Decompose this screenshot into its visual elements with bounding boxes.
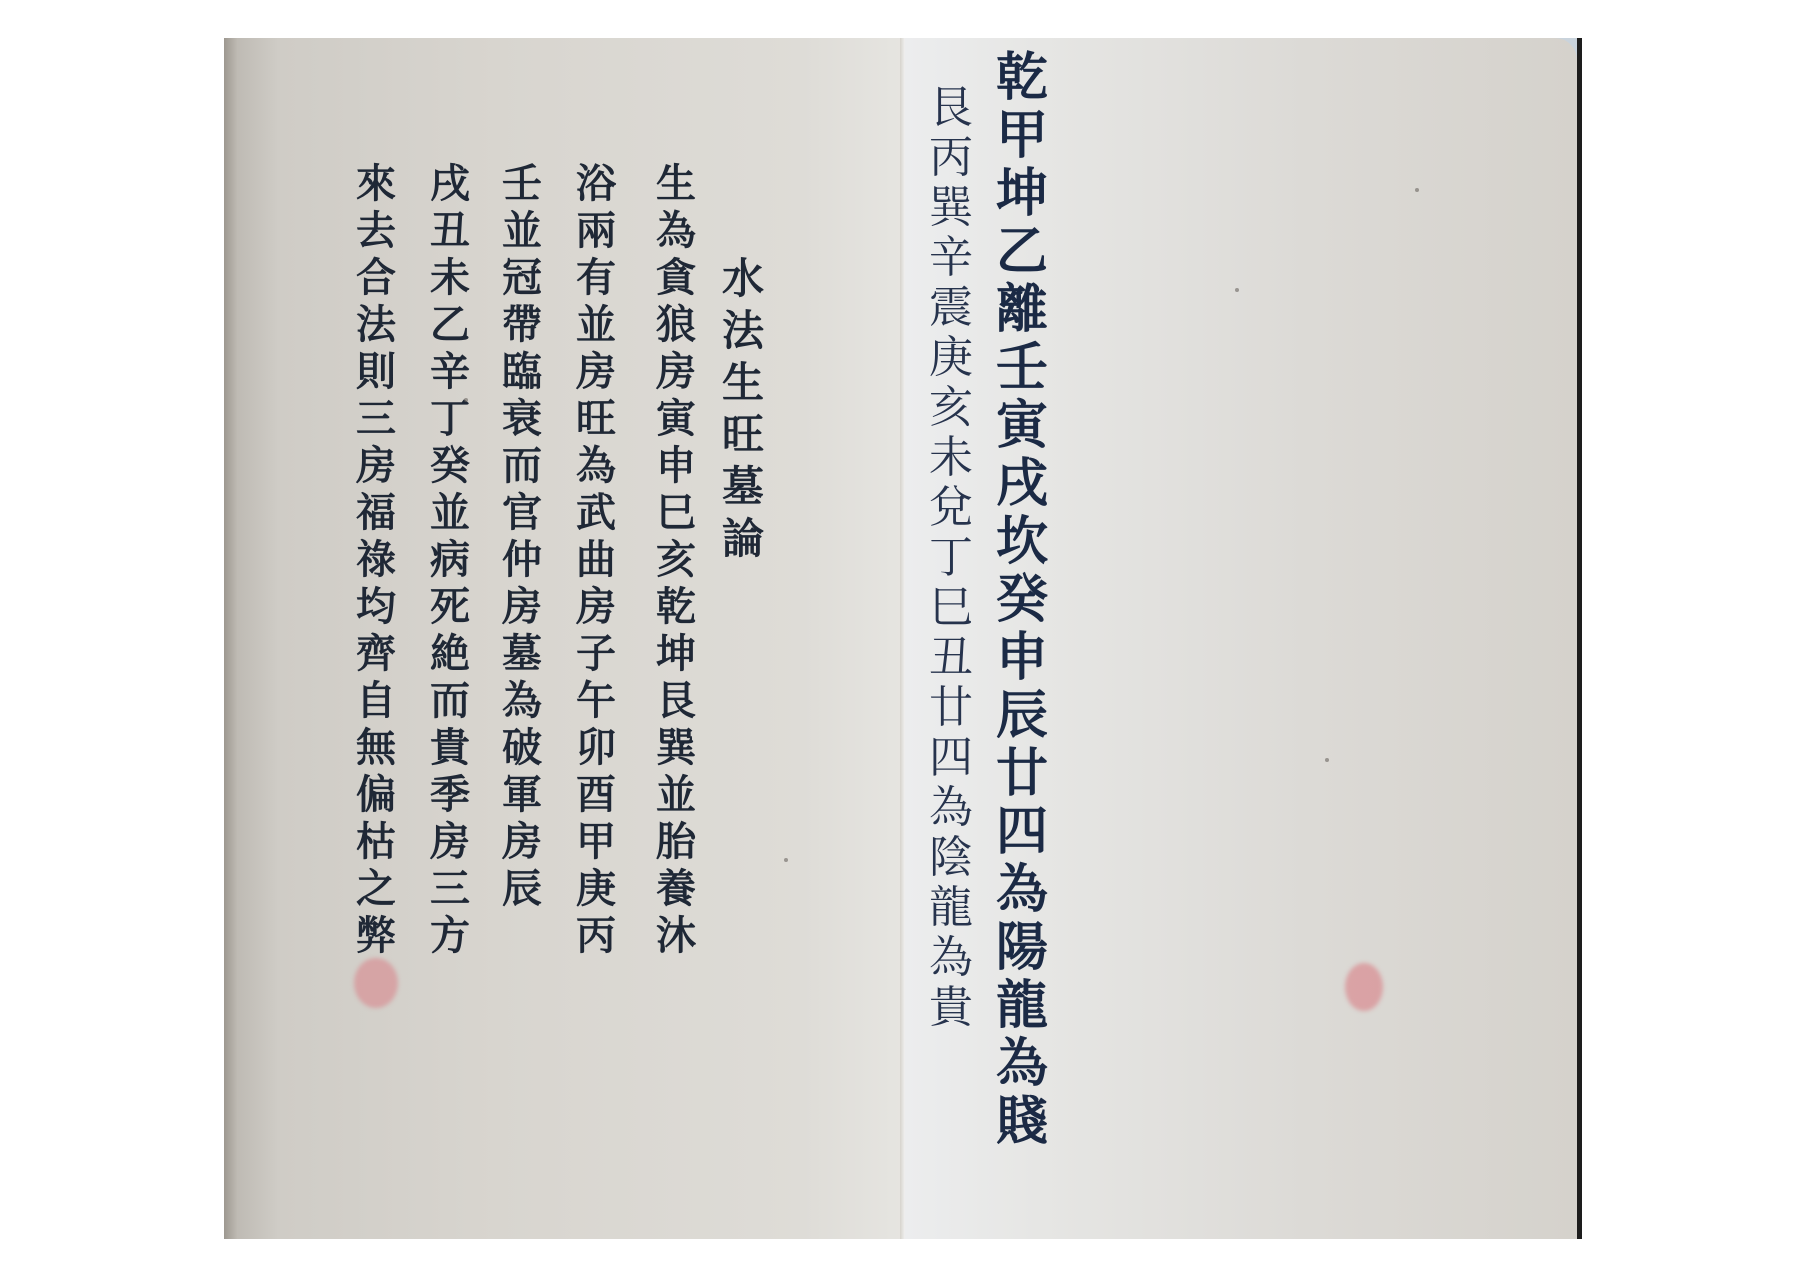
glyph: 帶 bbox=[502, 305, 542, 345]
glyph: 旺 bbox=[722, 414, 764, 456]
glyph: 陽 bbox=[996, 922, 1048, 974]
glyph: 病 bbox=[430, 540, 470, 580]
glyph: 巳 bbox=[656, 493, 696, 533]
glyph: 未 bbox=[929, 436, 973, 480]
text-column-3: 壬並冠帶臨衰而官仲房墓為破軍房辰 bbox=[502, 164, 542, 909]
glyph: 生 bbox=[722, 362, 764, 404]
glyph: 戌 bbox=[430, 164, 470, 204]
glyph: 四 bbox=[929, 736, 973, 780]
glyph: 亥 bbox=[929, 386, 973, 430]
glyph: 方 bbox=[430, 916, 470, 956]
glyph: 之 bbox=[356, 869, 396, 909]
glyph: 震 bbox=[929, 286, 973, 330]
glyph: 季 bbox=[430, 775, 470, 815]
glyph: 枯 bbox=[356, 822, 396, 862]
glyph: 自 bbox=[356, 681, 396, 721]
glyph: 辛 bbox=[430, 352, 470, 392]
glyph: 丙 bbox=[576, 916, 616, 956]
glyph: 坎 bbox=[996, 516, 1048, 568]
manuscript-scan: 水法生旺墓論 生為貪狼房寅申巳亥乾坤艮巽並胎養沐 浴兩有並房旺為武曲房子午卯酉甲… bbox=[224, 38, 1582, 1239]
glyph: 乙 bbox=[430, 305, 470, 345]
glyph: 丙 bbox=[929, 136, 973, 180]
glyph: 癸 bbox=[996, 574, 1048, 626]
glyph: 庚 bbox=[929, 336, 973, 380]
glyph: 而 bbox=[502, 446, 542, 486]
glyph: 丁 bbox=[430, 399, 470, 439]
glyph: 辰 bbox=[502, 869, 542, 909]
glyph: 賤 bbox=[996, 1096, 1048, 1148]
glyph: 並 bbox=[576, 305, 616, 345]
glyph: 養 bbox=[656, 869, 696, 909]
red-seal-mark bbox=[1345, 963, 1383, 1011]
scan-edge bbox=[1577, 38, 1582, 1239]
glyph: 齊 bbox=[356, 634, 396, 674]
glyph: 兌 bbox=[929, 486, 973, 530]
glyph: 並 bbox=[656, 775, 696, 815]
glyph: 軍 bbox=[502, 775, 542, 815]
glyph: 亥 bbox=[656, 540, 696, 580]
text-column-2: 浴兩有並房旺為武曲房子午卯酉甲庚丙 bbox=[576, 164, 616, 956]
glyph: 冠 bbox=[502, 258, 542, 298]
glyph: 胎 bbox=[656, 822, 696, 862]
glyph: 巽 bbox=[656, 728, 696, 768]
glyph: 貴 bbox=[430, 728, 470, 768]
text-column-sub: 艮丙巽辛震庚亥未兌丁巳丑廿四為陰龍為貴 bbox=[929, 86, 973, 1030]
glyph: 祿 bbox=[356, 540, 396, 580]
glyph: 壬 bbox=[996, 342, 1048, 394]
glyph: 墓 bbox=[502, 634, 542, 674]
glyph: 死 bbox=[430, 587, 470, 627]
glyph: 水 bbox=[722, 258, 764, 300]
glyph: 未 bbox=[430, 258, 470, 298]
paper-speck bbox=[1415, 188, 1419, 192]
glyph: 貴 bbox=[929, 986, 973, 1030]
glyph: 房 bbox=[576, 587, 616, 627]
glyph: 浴 bbox=[576, 164, 616, 204]
glyph: 午 bbox=[576, 681, 616, 721]
glyph: 為 bbox=[996, 1038, 1048, 1090]
glyph: 房 bbox=[502, 587, 542, 627]
glyph: 偏 bbox=[356, 775, 396, 815]
glyph: 為 bbox=[656, 211, 696, 251]
glyph: 武 bbox=[576, 493, 616, 533]
glyph: 丁 bbox=[929, 536, 973, 580]
glyph: 為 bbox=[576, 446, 616, 486]
glyph: 貪 bbox=[656, 258, 696, 298]
glyph: 艮 bbox=[656, 681, 696, 721]
red-seal-mark bbox=[354, 958, 398, 1008]
glyph: 狼 bbox=[656, 305, 696, 345]
glyph: 陰 bbox=[929, 836, 973, 880]
glyph: 法 bbox=[722, 310, 764, 352]
glyph: 三 bbox=[430, 869, 470, 909]
paper-speck bbox=[464, 398, 468, 402]
glyph: 寅 bbox=[656, 399, 696, 439]
glyph: 子 bbox=[576, 634, 616, 674]
glyph: 戌 bbox=[996, 458, 1048, 510]
glyph: 酉 bbox=[576, 775, 616, 815]
glyph: 有 bbox=[576, 258, 616, 298]
right-page: 乾甲坤乙離壬寅戌坎癸申辰廿四為陽龍為賤 艮丙巽辛震庚亥未兌丁巳丑廿四為陰龍為貴 bbox=[905, 38, 1577, 1239]
text-column-main: 乾甲坤乙離壬寅戌坎癸申辰廿四為陽龍為賤 bbox=[996, 52, 1048, 1148]
glyph: 房 bbox=[430, 822, 470, 862]
text-column-5: 來去合法則三房福祿均齊自無偏枯之弊 bbox=[356, 164, 396, 956]
glyph: 甲 bbox=[996, 110, 1048, 162]
glyph: 並 bbox=[430, 493, 470, 533]
glyph: 四 bbox=[996, 806, 1048, 858]
glyph: 為 bbox=[929, 786, 973, 830]
paper-speck bbox=[1325, 758, 1329, 762]
glyph: 墓 bbox=[722, 466, 764, 508]
glyph: 衰 bbox=[502, 399, 542, 439]
glyph: 官 bbox=[502, 493, 542, 533]
glyph: 乾 bbox=[996, 52, 1048, 104]
glyph: 沐 bbox=[656, 916, 696, 956]
text-column-4: 戌丑未乙辛丁癸並病死絶而貴季房三方 bbox=[430, 164, 470, 956]
left-page: 水法生旺墓論 生為貪狼房寅申巳亥乾坤艮巽並胎養沐 浴兩有並房旺為武曲房子午卯酉甲… bbox=[224, 38, 905, 1239]
section-title: 水法生旺墓論 bbox=[722, 258, 764, 560]
glyph: 廿 bbox=[929, 686, 973, 730]
glyph: 龍 bbox=[996, 980, 1048, 1032]
glyph: 離 bbox=[996, 284, 1048, 336]
paper-speck bbox=[784, 858, 788, 862]
glyph: 旺 bbox=[576, 399, 616, 439]
glyph: 申 bbox=[996, 632, 1048, 684]
glyph: 法 bbox=[356, 305, 396, 345]
glyph: 廿 bbox=[996, 748, 1048, 800]
glyph: 丑 bbox=[929, 636, 973, 680]
glyph: 申 bbox=[656, 446, 696, 486]
glyph: 巳 bbox=[929, 586, 973, 630]
glyph: 去 bbox=[356, 211, 396, 251]
glyph: 仲 bbox=[502, 540, 542, 580]
glyph: 房 bbox=[576, 352, 616, 392]
glyph: 為 bbox=[929, 936, 973, 980]
paper-speck bbox=[1235, 288, 1239, 292]
glyph: 房 bbox=[502, 822, 542, 862]
text-column-1: 生為貪狼房寅申巳亥乾坤艮巽並胎養沐 bbox=[656, 164, 696, 956]
glyph: 三 bbox=[356, 399, 396, 439]
glyph: 艮 bbox=[929, 86, 973, 130]
glyph: 辛 bbox=[929, 236, 973, 280]
glyph: 均 bbox=[356, 587, 396, 627]
glyph: 破 bbox=[502, 728, 542, 768]
glyph: 丑 bbox=[430, 211, 470, 251]
glyph: 房 bbox=[656, 352, 696, 392]
glyph: 為 bbox=[502, 681, 542, 721]
glyph: 並 bbox=[502, 211, 542, 251]
glyph: 乙 bbox=[996, 226, 1048, 278]
glyph: 福 bbox=[356, 493, 396, 533]
glyph: 卯 bbox=[576, 728, 616, 768]
glyph: 合 bbox=[356, 258, 396, 298]
glyph: 曲 bbox=[576, 540, 616, 580]
glyph: 癸 bbox=[430, 446, 470, 486]
glyph: 而 bbox=[430, 681, 470, 721]
glyph: 則 bbox=[356, 352, 396, 392]
glyph: 坤 bbox=[656, 634, 696, 674]
glyph: 來 bbox=[356, 164, 396, 204]
glyph: 辰 bbox=[996, 690, 1048, 742]
glyph: 絶 bbox=[430, 634, 470, 674]
glyph: 為 bbox=[996, 864, 1048, 916]
glyph: 乾 bbox=[656, 587, 696, 627]
glyph: 巽 bbox=[929, 186, 973, 230]
glyph: 寅 bbox=[996, 400, 1048, 452]
glyph: 坤 bbox=[996, 168, 1048, 220]
glyph: 甲 bbox=[576, 822, 616, 862]
glyph: 弊 bbox=[356, 916, 396, 956]
glyph: 論 bbox=[722, 518, 764, 560]
glyph: 臨 bbox=[502, 352, 542, 392]
glyph: 壬 bbox=[502, 164, 542, 204]
glyph: 房 bbox=[356, 446, 396, 486]
glyph: 生 bbox=[656, 164, 696, 204]
glyph: 庚 bbox=[576, 869, 616, 909]
glyph: 兩 bbox=[576, 211, 616, 251]
glyph: 龍 bbox=[929, 886, 973, 930]
glyph: 無 bbox=[356, 728, 396, 768]
